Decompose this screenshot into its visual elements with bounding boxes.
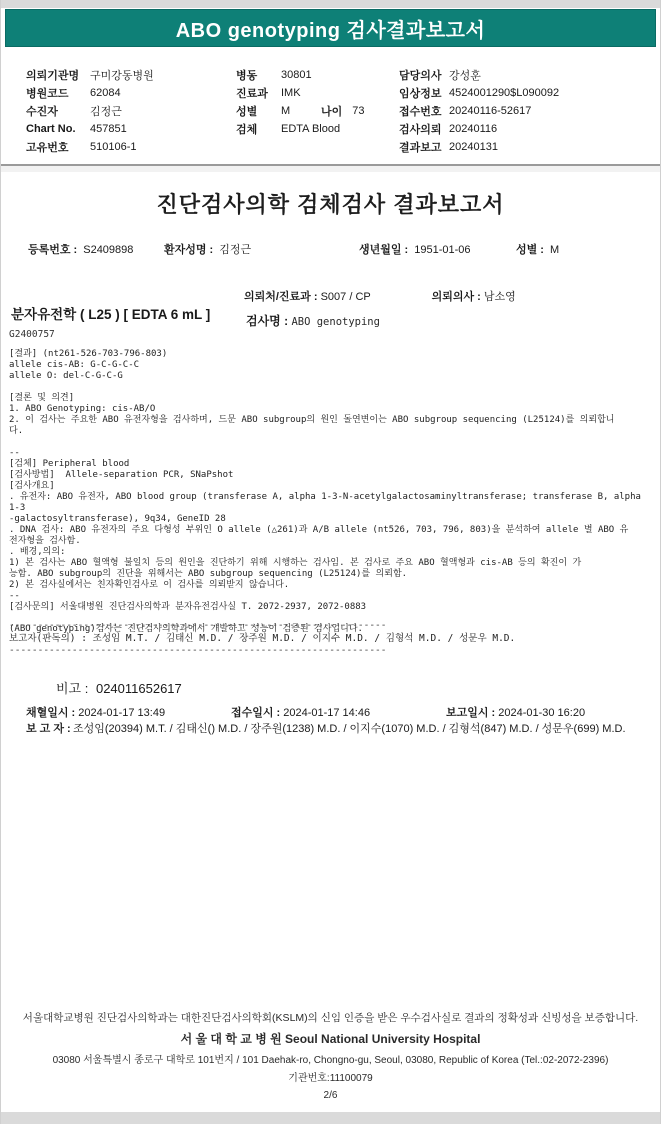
field-test-requested-date: 검사의뢰 20240116 xyxy=(399,120,657,138)
field-accession-no: 접수번호 20240116-52617 xyxy=(399,102,657,120)
field-chart-no: Chart No. 457851 xyxy=(26,120,231,138)
field-hospital-code: 병원코드 62084 xyxy=(26,84,231,102)
field-value: M xyxy=(550,244,559,256)
dashed-separator-bottom: ----------------------------------------… xyxy=(9,645,657,658)
field-value: 강성훈 xyxy=(449,67,481,83)
field-requesting-org: 의뢰기관명 구미강동병원 xyxy=(26,66,231,84)
report-datetime: 보고일시 :2024-01-30 16:20 xyxy=(446,704,585,720)
field-examinee: 수진자 김정근 xyxy=(26,102,231,120)
field-result-reported-date: 결과보고 20240131 xyxy=(399,138,657,156)
header-divider-shade xyxy=(1,166,660,172)
field-value: 4524001290$L090092 xyxy=(449,87,559,99)
field-label: 접수번호 xyxy=(399,103,449,119)
patient-birthdate: 생년월일 :1951-01-06 xyxy=(359,241,471,257)
remark-value: 024011652617 xyxy=(96,681,182,696)
field-label: 성별 : xyxy=(516,244,544,256)
field-label: 환자성명 : xyxy=(164,244,213,256)
reporters-line: 보고자(판독의) : 조성임 M.T. / 김태신 M.D. / 장주원 M.D… xyxy=(9,633,515,644)
field-label: 수진자 xyxy=(26,103,90,119)
test-name-row: 검사명 : ABO genotyping xyxy=(246,312,380,329)
footer-address-line: 03080 서울특별시 종로구 대학로 101번지 / 101 Daehak-r… xyxy=(1,1051,660,1066)
footer-org-number: 기관번호:11100079 xyxy=(1,1069,660,1084)
test-section-title: 분자유전학 ( L25 ) [ EDTA 6 mL ] xyxy=(11,303,210,323)
field-value: 2024-01-30 16:20 xyxy=(498,707,585,719)
field-label: 검사의뢰 xyxy=(399,121,449,137)
field-label: 담당의사 xyxy=(399,67,449,83)
order-dept-doctor-row: 의뢰처/진료과 : S007 / CP 의뢰의사 : 남소영 xyxy=(244,288,516,304)
field-label: 채혈일시 : xyxy=(26,707,75,719)
field-unique-no: 고유번호 510106-1 xyxy=(26,138,231,156)
report-title: 진단검사의학 검체검사 결과보고서 xyxy=(1,188,660,219)
field-value: 30801 xyxy=(281,69,312,81)
field-value: 510106-1 xyxy=(90,141,137,153)
field-value: 구미강동병원 xyxy=(90,67,154,83)
field-value-sex: M xyxy=(281,105,303,117)
footer-hospital-name: 서 울 대 학 교 병 원 Seoul National University … xyxy=(1,1030,660,1047)
field-value: S2409898 xyxy=(83,244,133,256)
banner-title: ABO genotyping 검사결과보고서 xyxy=(176,14,486,43)
receipt-datetime: 접수일시 :2024-01-17 14:46 xyxy=(231,704,370,720)
field-value: 20240116-52617 xyxy=(449,105,531,117)
header-middle-column: 병동 30801 진료과 IMK 성별 M 나이 73 검체 EDTA Bloo… xyxy=(236,66,396,138)
field-department: 진료과 IMK xyxy=(236,84,396,102)
field-ward: 병동 30801 xyxy=(236,66,396,84)
page-edge-top xyxy=(1,0,660,8)
field-label: 고유번호 xyxy=(26,139,90,155)
field-label: 성별 xyxy=(236,103,281,119)
patient-name: 환자성명 :김정근 xyxy=(164,241,251,257)
field-clinical-info: 임상정보 4524001290$L090092 xyxy=(399,84,657,102)
field-attending-doctor: 담당의사 강성훈 xyxy=(399,66,657,84)
field-value: 2024-01-17 14:46 xyxy=(283,707,370,719)
field-label: 결과보고 xyxy=(399,139,449,155)
field-value: EDTA Blood xyxy=(281,123,340,135)
field-value: 62084 xyxy=(90,87,121,99)
patient-sex: 성별 :M xyxy=(516,241,559,257)
lab-report-page: ABO genotyping 검사결과보고서 의뢰기관명 구미강동병원 병원코드… xyxy=(0,0,661,1124)
field-value: IMK xyxy=(281,87,301,99)
field-value: 20240116 xyxy=(449,123,497,135)
reporter-signature-row: 보 고 자 : 조성임(20394) M.T. / 김태신() M.D. / 장… xyxy=(26,722,644,736)
field-specimen: 검체 EDTA Blood xyxy=(236,120,396,138)
field-label: 임상정보 xyxy=(399,85,449,101)
page-footer: 서울대학교병원 진단검사의학과는 대한진단검사의학회(KSLM)의 신임 인증을… xyxy=(1,1010,660,1101)
reporter-names: 조성임(20394) M.T. / 김태신() M.D. / 장주원(1238)… xyxy=(73,722,644,736)
patient-reg-no: 등록번호 :S2409898 xyxy=(28,241,133,257)
field-value-age: 73 xyxy=(352,105,364,117)
report-banner: ABO genotyping 검사결과보고서 xyxy=(5,9,656,47)
field-label: 접수일시 : xyxy=(231,707,280,719)
field-value: 김정근 xyxy=(219,244,251,256)
field-label-age: 나이 xyxy=(321,103,342,119)
field-label: 의뢰처/진료과 : xyxy=(244,291,318,303)
field-value: 2024-01-17 13:49 xyxy=(78,707,165,719)
page-edge-bottom xyxy=(1,1112,660,1124)
field-label: 비고 : xyxy=(56,681,88,696)
field-value: 20240131 xyxy=(449,141,498,153)
field-label: 진료과 xyxy=(236,85,281,101)
specimen-number: G2400757 xyxy=(9,329,55,340)
remark-row: 비고 : 024011652617 xyxy=(56,678,182,697)
field-value: 1951-01-06 xyxy=(414,244,470,256)
header-left-column: 의뢰기관명 구미강동병원 병원코드 62084 수진자 김정근 Chart No… xyxy=(26,66,231,156)
reporters-block: ----------------------------------------… xyxy=(9,620,657,658)
result-text-block: [결과] (nt261-526-703-796-803) allele cis-… xyxy=(9,349,657,635)
header-right-column: 담당의사 강성훈 임상정보 4524001290$L090092 접수번호 20… xyxy=(399,66,657,156)
field-sex-age: 성별 M 나이 73 xyxy=(236,102,396,120)
field-label: 등록번호 : xyxy=(28,244,77,256)
dashed-separator-top: ----------------------------------------… xyxy=(9,620,657,633)
field-label: 병원코드 xyxy=(26,85,90,101)
field-label: 병동 xyxy=(236,67,281,83)
dates-row: 채혈일시 :2024-01-17 13:49 접수일시 :2024-01-17 … xyxy=(1,704,660,720)
footer-page-number: 2/6 xyxy=(1,1090,660,1101)
patient-info-row: 등록번호 :S2409898 환자성명 :김정근 생년월일 :1951-01-0… xyxy=(1,241,660,259)
field-label: 보고일시 : xyxy=(446,707,495,719)
field-label: 의뢰의사 : xyxy=(432,291,481,303)
field-label: 의뢰기관명 xyxy=(26,67,90,83)
field-label: 검사명 : xyxy=(246,314,288,328)
field-label: 검체 xyxy=(236,121,281,137)
order-dept-value: S007 / CP xyxy=(321,291,371,303)
field-value: 457851 xyxy=(90,123,127,135)
test-name-value: ABO genotyping xyxy=(291,316,380,328)
field-label: 보 고 자 : xyxy=(26,722,71,736)
order-doctor-value: 남소영 xyxy=(484,291,516,303)
field-label: 생년월일 : xyxy=(359,244,408,256)
field-label: Chart No. xyxy=(26,123,90,135)
field-value: 김정근 xyxy=(90,103,122,119)
collection-datetime: 채혈일시 :2024-01-17 13:49 xyxy=(26,704,165,720)
footer-certification-line: 서울대학교병원 진단검사의학과는 대한진단검사의학회(KSLM)의 신임 인증을… xyxy=(1,1010,660,1025)
